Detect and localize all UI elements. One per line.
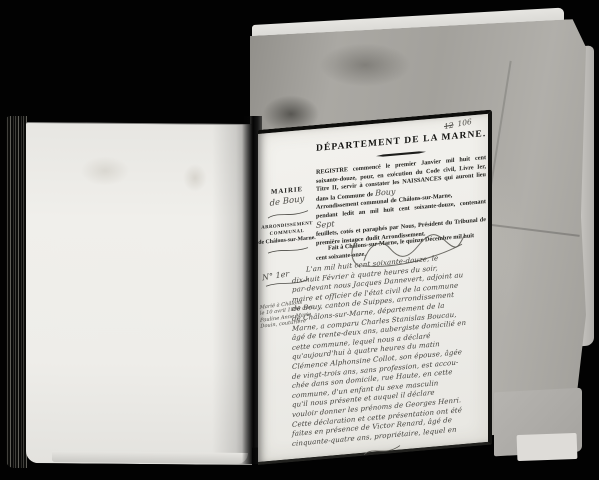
page-number-new: 106 <box>457 117 472 129</box>
margin-flourish <box>266 207 310 221</box>
left-page-stain <box>70 150 140 192</box>
book-spine-page-edges <box>6 116 27 468</box>
page-number-annotation: 12106 <box>444 117 473 131</box>
handwritten-birth-act: L'an mil huit cent soixante-douze, le di… <box>292 250 486 449</box>
act-end-paraph <box>362 441 402 458</box>
stack-stain <box>300 34 430 96</box>
margin-flourish <box>266 243 310 257</box>
commune-handwritten: Bouy <box>375 187 395 198</box>
loose-sheet-bottom-tab <box>517 433 578 461</box>
page-title: DÉPARTEMENT DE LA MARNE. <box>316 129 486 154</box>
page-number-old: 12 <box>444 120 454 131</box>
left-page-under-edge <box>52 451 248 464</box>
right-register-page: 12106 DÉPARTEMENT DE LA MARNE. MAIRIE de… <box>258 110 492 465</box>
title-ornament-rule <box>376 150 426 157</box>
left-page-stain <box>178 158 212 198</box>
archival-photo-scene: 12106 DÉPARTEMENT DE LA MARNE. MAIRIE de… <box>0 0 599 480</box>
feuillets-count-handwritten: Sept <box>316 219 335 230</box>
